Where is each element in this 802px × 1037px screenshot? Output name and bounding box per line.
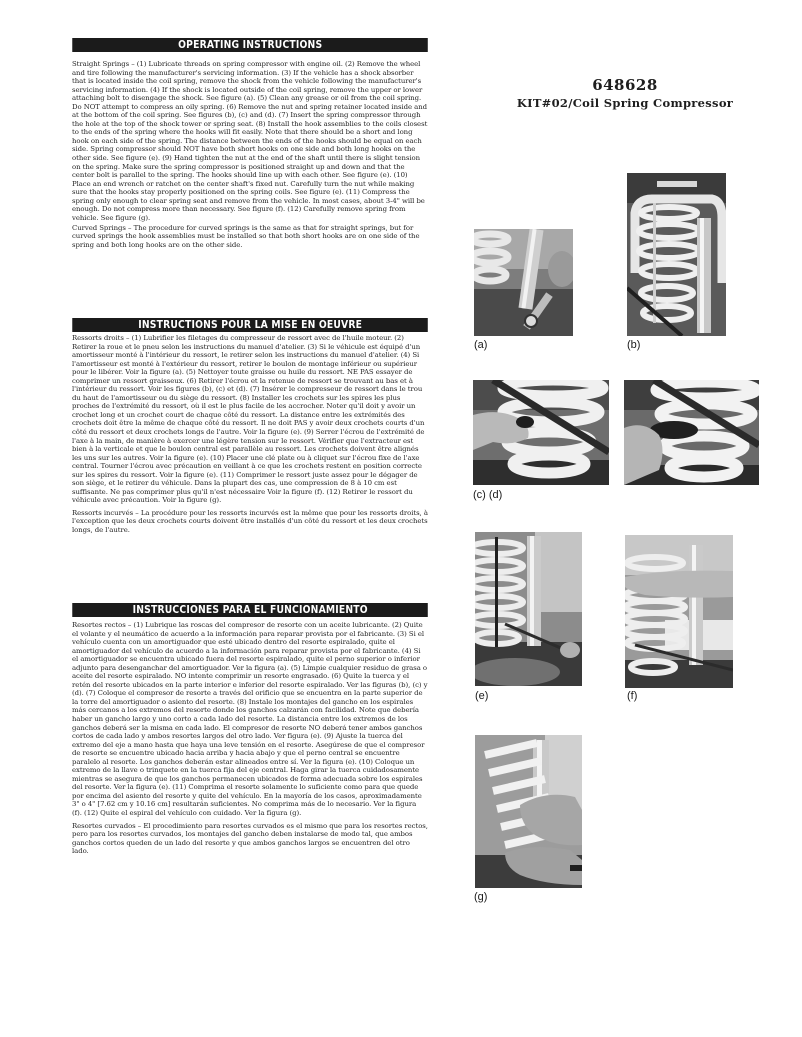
figure-e-photo [475, 532, 582, 686]
figure-f-caption: (f) [627, 690, 637, 702]
figure-c-photo [473, 380, 609, 485]
figure-b-caption: (b) [627, 339, 640, 351]
paragraph-curved-springs-fr: Ressorts incurvés – La procédure pour le… [72, 509, 428, 535]
figure-cd-caption: (c) (d) [473, 489, 502, 501]
figure-g-caption: (g) [474, 891, 487, 903]
figure-e-caption: (e) [475, 690, 488, 702]
figure-a-photo [474, 229, 573, 336]
figure-b-photo [627, 173, 726, 336]
paragraph-curved-springs-en: Curved Springs – The procedure for curve… [72, 224, 428, 250]
paragraph-straight-springs-es: Resortes rectos – (1) Lubrique las rosca… [72, 621, 428, 818]
section-heading-french: INSTRUCTIONS POUR LA MISE EN OEUVRE [72, 318, 428, 332]
paragraph-straight-springs-fr: Ressorts droits – (1) Lubrifier les file… [72, 334, 428, 505]
figure-f-photo [625, 535, 733, 688]
paragraph-straight-springs-en: Straight Springs – (1) Lubricate threads… [72, 60, 428, 222]
part-number: 648628 [500, 76, 750, 94]
section-english: OPERATING INSTRUCTIONS Straight Springs … [72, 38, 428, 250]
kit-title: KIT#02/Coil Spring Compressor [500, 96, 750, 110]
paragraph-curved-springs-es: Resortes curvados – El procedimiento par… [72, 822, 428, 856]
figure-g-photo [475, 735, 582, 888]
figure-d-photo [624, 380, 759, 485]
figure-a-caption: (a) [474, 339, 487, 351]
section-spanish: INSTRUCCIONES PARA EL FUNCIONAMIENTO Res… [72, 603, 428, 856]
section-heading-spanish: INSTRUCCIONES PARA EL FUNCIONAMIENTO [72, 603, 428, 617]
section-french: INSTRUCTIONS POUR LA MISE EN OEUVRE Ress… [72, 318, 428, 535]
section-heading-english: OPERATING INSTRUCTIONS [72, 38, 428, 52]
